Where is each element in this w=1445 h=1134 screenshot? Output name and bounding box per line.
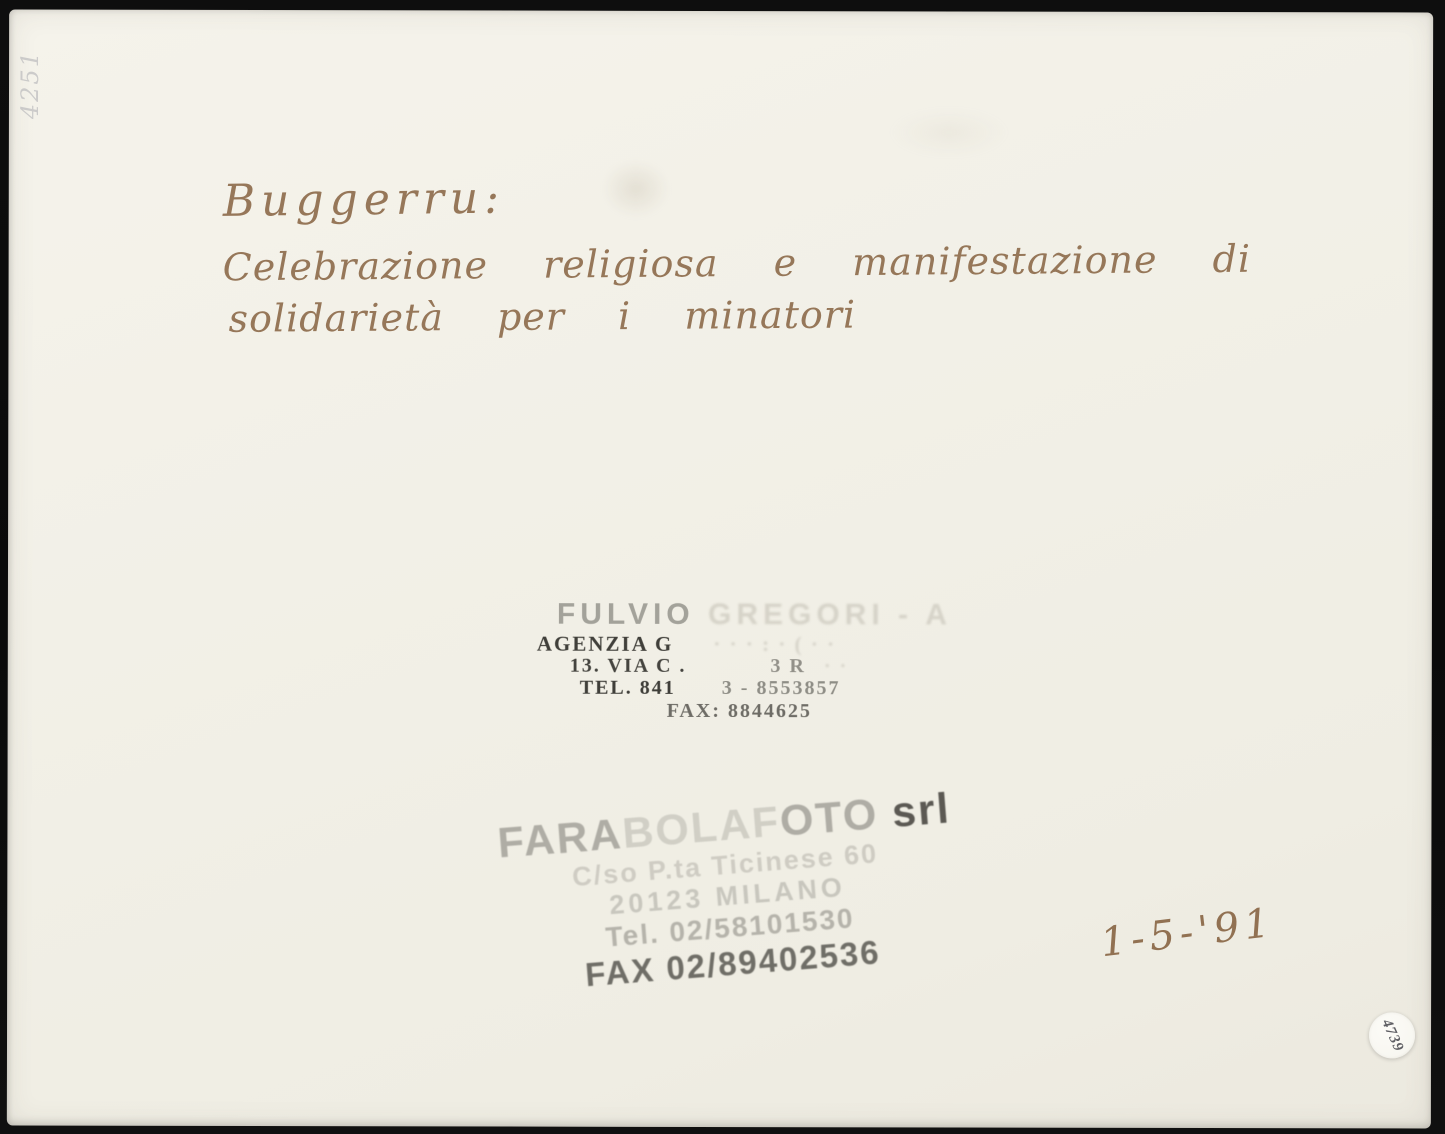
caption-line-2: Celebrazione religiosa e manifestazione … [222, 237, 1251, 290]
farabola-stamp: FARABOLAFOTO srl C/so P.ta Ticinese 60 2… [496, 785, 959, 1002]
agency-stamp-phone-suffix: 3 - 8553857 [722, 677, 841, 699]
handwritten-date: 1-5-'91 [1098, 900, 1277, 967]
agency-stamp-address-trace: · · [824, 655, 848, 677]
agency-stamp: FULVIO GREGORI - A AGENZIA G· · · : · ( … [528, 596, 918, 737]
agency-stamp-phone-line: TEL. 8413 - 8553857 [580, 677, 841, 701]
caption-line-3: solidarietà per i minatori [228, 293, 856, 341]
archive-tab-number: 4739 [1377, 1016, 1406, 1054]
agency-stamp-address-suffix: 3 R [770, 655, 805, 677]
agency-stamp-name-faded: GREGORI - A [708, 598, 952, 632]
agency-stamp-name: FULVIO [557, 598, 708, 631]
agency-stamp-name-line: FULVIO GREGORI - A [557, 598, 952, 633]
agency-stamp-fax: FAX: 8844625 [667, 700, 812, 723]
paper-smudge [601, 159, 671, 219]
paper-smudge [889, 107, 1009, 157]
photo-back-paper: 4251 Buggerru: Celebrazione religiosa e … [7, 10, 1433, 1129]
agency-stamp-address: 13. VIA C . [570, 655, 687, 677]
agency-stamp-line-3: 13. VIA C .3 R· · [570, 655, 849, 679]
agency-stamp-line-2: AGENZIA G· · · : · ( · · [537, 632, 836, 658]
farabola-company-seg3: OTO [778, 790, 880, 846]
agency-stamp-line2-trace: · · · : · ( · · [713, 632, 836, 656]
scanner-background: { "photo_back": { "pencil_number": "4251… [0, 0, 1445, 1134]
agency-stamp-line2-text: AGENZIA G [537, 632, 674, 656]
archive-tab: 4739 [1369, 1012, 1415, 1058]
caption-line-title: Buggerru: [222, 173, 505, 227]
pencil-archive-number: 4251 [16, 37, 46, 133]
agency-stamp-phone: TEL. 841 [580, 677, 676, 699]
farabola-company-suffix: srl [876, 784, 952, 838]
